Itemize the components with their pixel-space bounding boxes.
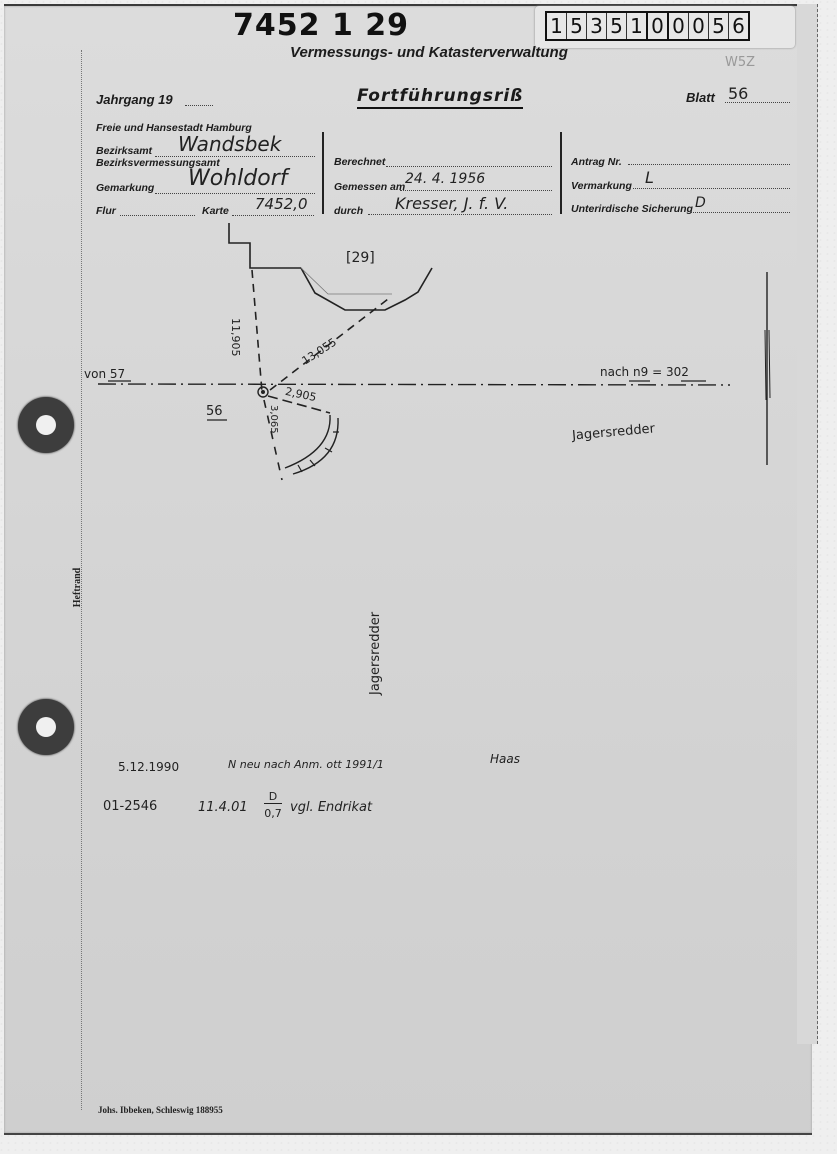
- to-label: nach n9 = 302: [600, 365, 689, 379]
- note-2-text: vgl. Endrikat: [290, 800, 372, 815]
- street-name-vertical: Jagersredder: [368, 612, 383, 695]
- note-2-fraction-top: D: [264, 790, 282, 804]
- parcel-label: [29]: [346, 250, 375, 266]
- survey-point-dot: [262, 391, 264, 393]
- to-text: nach: [600, 365, 629, 379]
- survey-sketch: [0, 0, 837, 1154]
- kerb-arc-outer: [293, 418, 338, 474]
- note-1-text: N neu nach Anm. ott 1991/1: [228, 758, 384, 771]
- note-2-fraction-bottom: 0,7: [263, 807, 283, 820]
- from-label: von 57: [84, 367, 125, 381]
- kerb-arc-inner: [285, 415, 330, 468]
- to-sheet: n9: [633, 365, 648, 379]
- measure-south-label: 3,065: [268, 405, 279, 434]
- street-centre-line: [98, 384, 730, 385]
- note-2-date: 11.4.01: [198, 800, 248, 815]
- measure-north-label: 11,905: [229, 318, 242, 357]
- to-number: 302: [666, 365, 689, 379]
- from-sheet: 57: [110, 367, 125, 381]
- to-equals: =: [652, 365, 662, 379]
- sheet-number-label: 56: [206, 404, 223, 419]
- printer-imprint: Johs. Ibbeken, Schleswig 188955: [98, 1105, 223, 1115]
- note-1-date: 5.12.1990: [118, 760, 179, 774]
- note-1-initials: Haas: [490, 752, 520, 766]
- measure-line-north: [252, 270, 262, 392]
- parcel-boundary: [301, 268, 432, 310]
- from-text: von: [84, 367, 106, 381]
- building-outline: [229, 223, 301, 268]
- parcel-inner-line: [301, 268, 392, 294]
- note-2-ref: 01-2546: [103, 799, 157, 814]
